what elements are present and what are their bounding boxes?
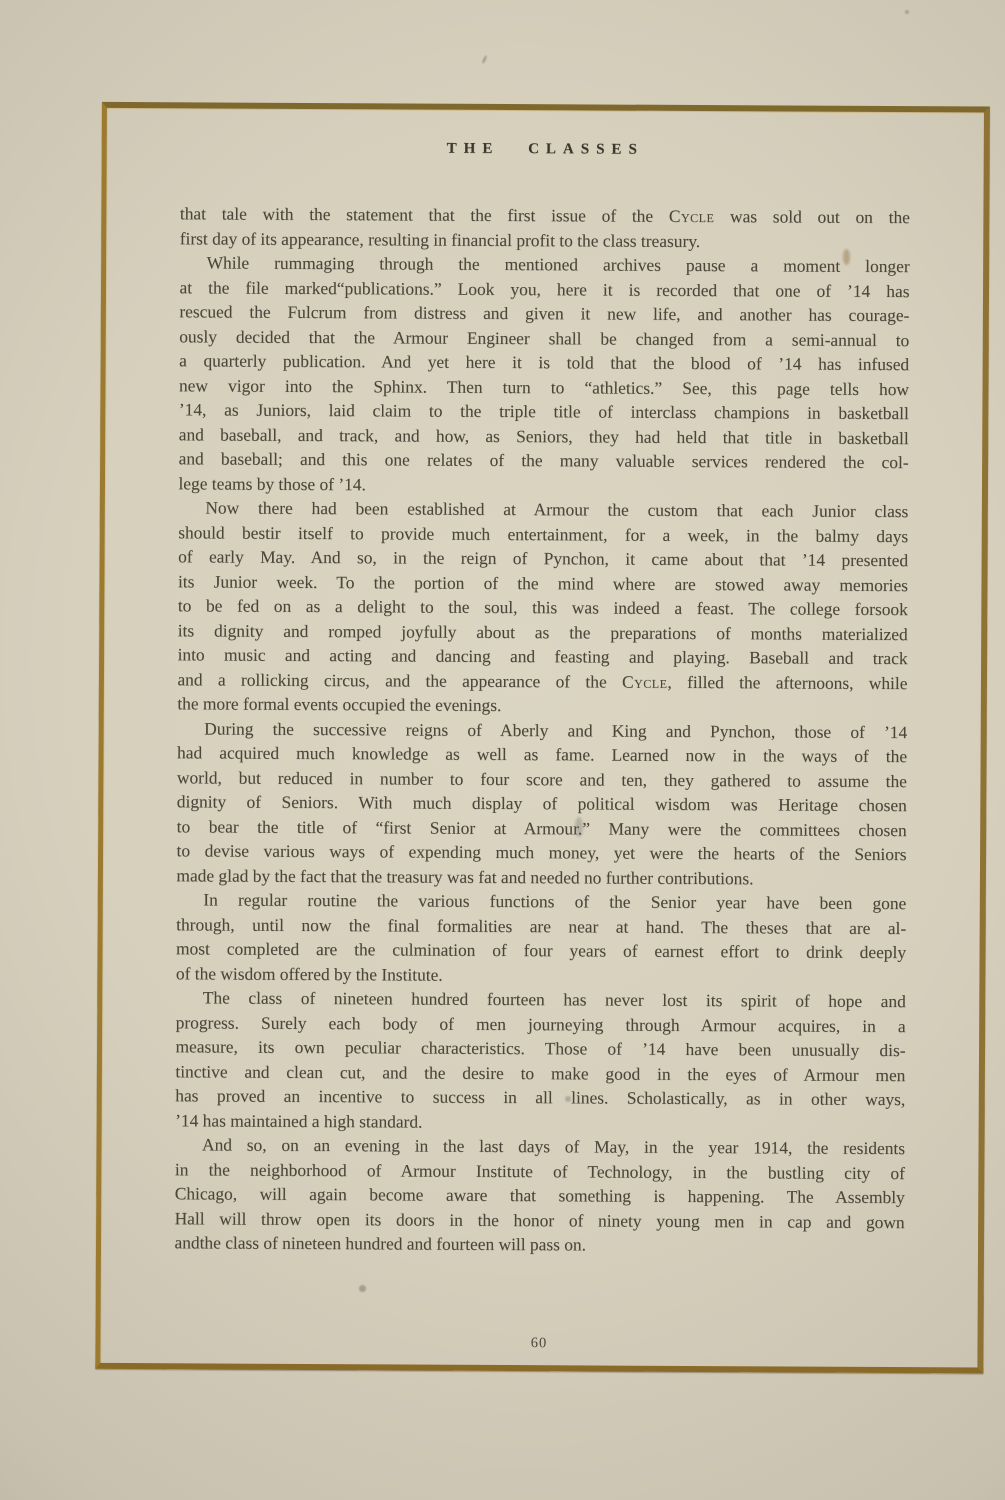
text-line: first day of its appearance, resulting i… [180,226,910,254]
text-line: Chicago, will again become aware that so… [175,1181,905,1209]
paragraph: While rummaging through the mentioned ar… [178,250,909,499]
scanned-page: THE CLASSES that tale with the statement… [0,0,1005,1500]
text-line: to be fed on as a delight to the soul, t… [178,593,908,621]
text-line: ’14, as Juniors, laid claim to the tripl… [179,397,909,425]
text-line: to bear the title of “first Senior at Ar… [177,814,907,842]
text-line: and a rollicking circus, and the appeara… [177,667,907,695]
text-line: and baseball; and this one relates of th… [179,446,909,474]
text-line: in the neighborhood of Armour Institute … [175,1157,905,1185]
text-line: made glad by the fact that the treasury … [176,863,906,891]
text-line: ’14 has maintained a high standard. [175,1108,905,1136]
text-line: the more formal events occupied the even… [177,691,907,719]
paragraph: During the successive reigns of Aberly a… [176,716,907,891]
text-line: new vigor into the Sphinx. Then turn to … [179,373,909,401]
text-line: andthe class of nineteen hundred and fou… [174,1230,904,1258]
text-line: into music and acting and dancing and fe… [178,642,908,670]
text-line: a quarterly publication. And yet here it… [179,348,909,376]
paragraph: The class of nineteen hundred fourteen h… [175,985,906,1136]
page-frame: THE CLASSES that tale with the statement… [95,102,990,1374]
text-line: most completed are the culmination of fo… [176,936,906,964]
text-line: ously decided that the Armour Engineer s… [179,324,909,352]
text-line: Now there had been established at Armour… [178,495,908,523]
text-block: that tale with the statement that the fi… [174,201,910,1258]
paragraph: In regular routine the various functions… [176,887,907,989]
text-line: its dignity and romped joyfully about as… [178,618,908,646]
text-line: In regular routine the various functions… [176,887,906,915]
text-line: lege teams by those of ’14. [178,471,908,499]
text-line: measure, its own peculiar characteristic… [175,1034,905,1062]
text-line: During the successive reigns of Aberly a… [177,716,907,744]
text-line: at the file marked“publications.” Look y… [179,275,909,303]
text-line: dignity of Seniors. With much display of… [177,789,907,817]
text-line: tinctive and clean cut, and the desire t… [175,1059,905,1087]
text-line: Hall will throw open its doors in the ho… [175,1206,905,1234]
page-number: 60 [100,1332,977,1354]
text-line: progress. Surely each body of men journe… [176,1010,906,1038]
text-line: that tale with the statement that the fi… [180,201,910,229]
text-line: its Junior week. To the portion of the m… [178,569,908,597]
text-line: through, until now the final formalities… [176,912,906,940]
text-line: While rummaging through the mentioned ar… [180,250,910,278]
text-line: And so, on an evening in the last days o… [175,1132,905,1160]
text-line: rescued the Fulcrum from distress and gi… [179,299,909,327]
text-line: of the wisdom offered by the Institute. [176,961,906,989]
text-line: had acquired much knowledge as well as f… [177,740,907,768]
text-line: has proved an incentive to success in al… [175,1083,905,1111]
text-line: should bestir itself to provide much ent… [178,520,908,548]
page-header: THE CLASSES [107,139,984,161]
paragraph: And so, on an evening in the last days o… [174,1132,905,1258]
text-line: to devise various ways of expending much… [177,838,907,866]
text-line: The class of nineteen hundred fourteen h… [176,985,906,1013]
paragraph: Now there had been established at Armour… [177,495,908,719]
text-line: of early May. And so, in the reign of Py… [178,544,908,572]
text-line: world, but reduced in number to four sco… [177,765,907,793]
paragraph: that tale with the statement that the fi… [180,201,910,254]
